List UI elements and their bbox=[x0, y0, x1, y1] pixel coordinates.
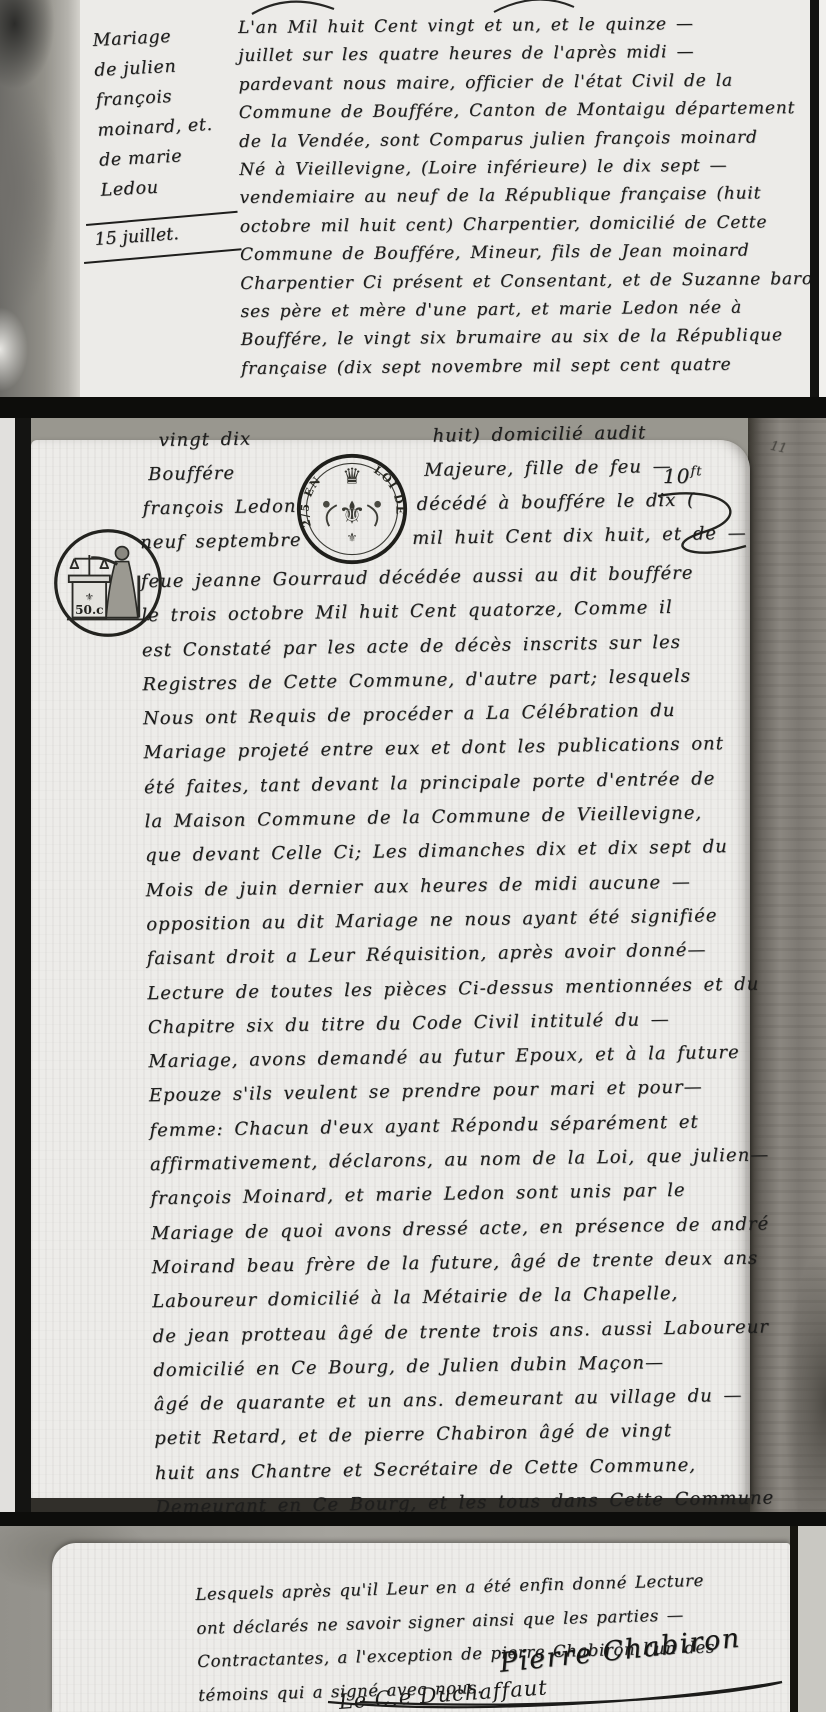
register-photo-middle: 11 ⚜ 50.c bbox=[0, 418, 826, 1512]
margin-note-line: Ledou bbox=[100, 170, 217, 206]
register-photo-bottom: Lesquels après qu'il Leur en a été enfin… bbox=[0, 1526, 826, 1712]
margin-date: 15 juillet. bbox=[94, 224, 179, 250]
text-fragment: mil huit Cent dix huit, et de — bbox=[412, 523, 747, 549]
act-text-top: L'an Mil huit Cent vingt et un, et le qu… bbox=[238, 9, 825, 383]
page-edge-line bbox=[810, 0, 819, 397]
margin-rule-bottom bbox=[84, 248, 242, 264]
act-text-body: feue jeanne Gourraud décédée aussi au di… bbox=[141, 556, 775, 1512]
page-edge-line bbox=[790, 1526, 798, 1712]
text-line: Bouffére, le vingt six brumaire au six d… bbox=[241, 321, 825, 355]
left-binding-edge bbox=[0, 0, 80, 397]
act-text-middle: vingt dix huit) domicilié audit Bouffére… bbox=[0, 418, 772, 1512]
text-fragment: décédé à bouffére le dix ( bbox=[417, 490, 696, 515]
text-fragment: huit) domicilié audit bbox=[432, 422, 646, 446]
text-line: Commune de Bouffére, Canton de Montaigu … bbox=[239, 94, 823, 128]
register-photo-top: Mariagede julienfrançoismoinard, et.de m… bbox=[0, 0, 826, 397]
text-fragment: vingt dix bbox=[158, 429, 251, 451]
text-fragment: françois Ledon bbox=[143, 496, 297, 519]
page-edge-sliver bbox=[819, 0, 826, 397]
margin-note: Mariagede julienfrançoismoinard, et.de m… bbox=[92, 20, 217, 206]
edge-page-mark: 11 bbox=[769, 438, 788, 456]
text-fragment: neuf septembre bbox=[140, 530, 302, 554]
margin-rule-top bbox=[86, 211, 238, 226]
text-line: Commune de Bouffére, Mineur, fils de Jea… bbox=[240, 236, 824, 270]
page-edge-sliver bbox=[798, 1526, 826, 1712]
margin-note-line: moinard, et. bbox=[97, 110, 214, 146]
text-fragment: Majeure, fille de feu — bbox=[424, 456, 672, 481]
text-fragment: Bouffére bbox=[148, 463, 235, 485]
text-line: française (dix sept novembre mil sept ce… bbox=[241, 350, 825, 384]
photo-separator-bar bbox=[0, 1512, 826, 1526]
photo-separator-bar bbox=[0, 397, 826, 418]
text-line: de la Vendée, sont Comparus julien franç… bbox=[239, 123, 823, 157]
